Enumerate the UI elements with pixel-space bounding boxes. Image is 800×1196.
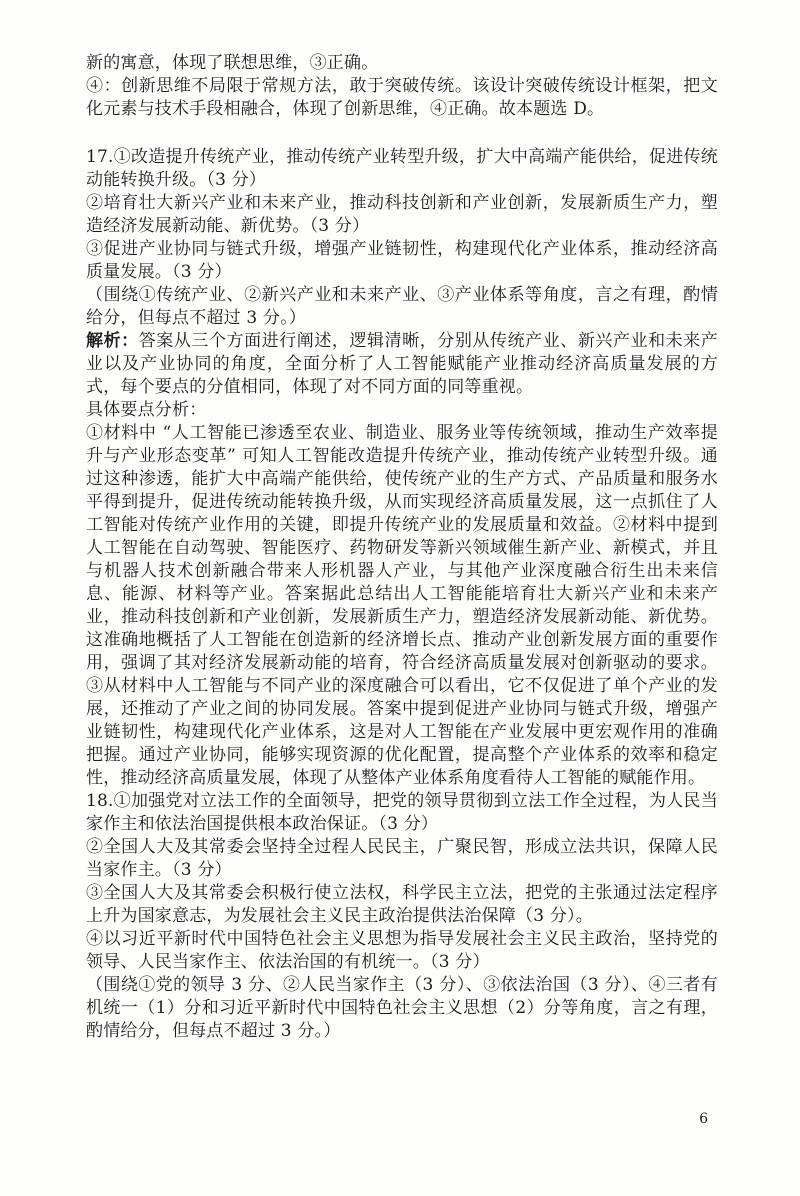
page-text-block: 新的寓意，体现了联想思维，③正确。 ④：创新思维不局限于常规方法，敢于突破传统。…: [86, 52, 718, 1043]
q18-point3: ③全国人大及其常委会积极行使立法权，科学民主立法，把党的主张通过法定程序上升为国…: [86, 882, 718, 928]
q17-analysis-detail: ①材料中 “人工智能已渗透至农业、制造业、服务业等传统领域，推动生产效率提升与产…: [86, 422, 718, 790]
analysis-label: 解析：: [86, 331, 139, 351]
q17-analysis-subheading: 具体要点分析：: [86, 399, 718, 422]
q18-scoring-note: （围绕①党的领导 3 分、②人民当家作主（3 分）、③依法治国（3 分）、④三者…: [86, 974, 718, 1043]
q17-point1: 17.①改造提升传统产业，推动传统产业转型升级，扩大中高端产能供给，促进传统动能…: [86, 146, 718, 192]
q18-point1: 18.①加强党对立法工作的全面领导，把党的领导贯彻到立法工作全过程，为人民当家作…: [86, 790, 718, 836]
q17-analysis-text: 答案从三个方面进行阐述，逻辑清晰，分别从传统产业、新兴产业和未来产业以及产业协同…: [86, 331, 718, 397]
q17-point2: ②培育壮大新兴产业和未来产业，推动科技创新和产业创新，发展新质生产力，塑造经济发…: [86, 192, 718, 238]
q18-point4: ④以习近平新时代中国特色社会主义思想为指导发展社会主义民主政治，坚持党的领导、人…: [86, 928, 718, 974]
q17-scoring-note: （围绕①传统产业、②新兴产业和未来产业、③产业体系等角度，言之有理，酌情给分，但…: [86, 284, 718, 330]
q17-analysis: 解析：答案从三个方面进行阐述，逻辑清晰，分别从传统产业、新兴产业和未来产业以及产…: [86, 330, 718, 399]
q17-point3: ③促进产业协同与链式升级，增强产业链韧性，构建现代化产业体系，推动经济高质量发展…: [86, 238, 718, 284]
answer-key-page: 新的寓意，体现了联想思维，③正确。 ④：创新思维不局限于常规方法，敢于突破传统。…: [0, 0, 800, 1196]
q18-point2: ②全国人大及其常委会坚持全过程人民民主，广聚民智，形成立法共识，保障人民当家作主…: [86, 836, 718, 882]
page-number: 6: [699, 1110, 708, 1128]
q16-point4-analysis: ④：创新思维不局限于常规方法，敢于突破传统。该设计突破传统设计框架，把文化元素与…: [86, 75, 718, 121]
q16-continuation-line: 新的寓意，体现了联想思维，③正确。: [86, 52, 718, 75]
